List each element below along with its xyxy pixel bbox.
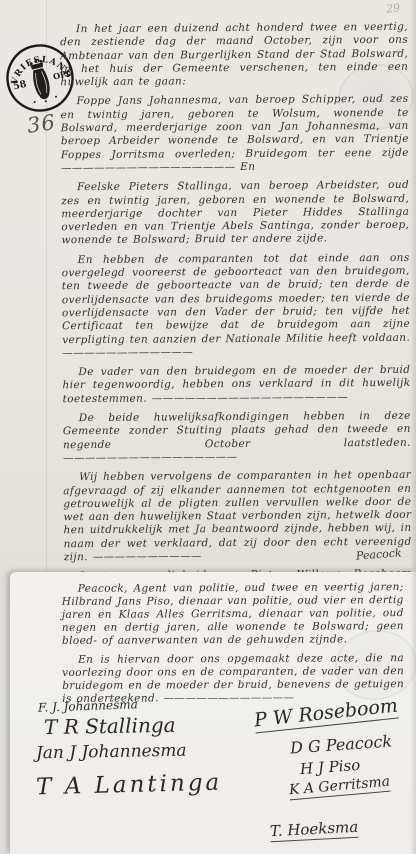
act-margin-number: 36 [25, 110, 57, 138]
bottom-page-sheet: Peacock, Agent van politie, oud twee en … [10, 572, 416, 854]
signature-t-hoeksma: T. Hoeksma [269, 818, 358, 843]
paragraph-banns: De beide huwelijksafkondigingen hebben i… [63, 410, 411, 466]
signature-tr-stallinga: T R Stallinga [44, 713, 176, 739]
act-text-column-continued: Peacock, Agent van politie, oud twee en … [62, 581, 405, 712]
signature-hj-piso: H J Piso [299, 756, 360, 778]
signature-ta-lantinga: T A Lantinga [36, 770, 223, 801]
paragraph-bride: Feelske Pieters Stallinga, van beroep Ar… [61, 179, 409, 248]
paragraph-groom: Foppe Jans Johannesma, van beroep Schipp… [60, 93, 409, 175]
paragraph-witnesses-continued: Peacock, Agent van politie, oud twee en … [62, 581, 404, 648]
page-number: 29 [385, 1, 400, 15]
signature-dg-peacock: D G Peacock [289, 731, 392, 757]
top-page-sheet: 29 VRIESLAND. 58 OPC [0, 0, 416, 574]
signature-fj-johannesma: F. J. Johannesma [38, 697, 138, 714]
paragraph-opening: In het jaar een duizend acht honderd twe… [60, 21, 408, 90]
paragraph-consent: De vader van den bruidegom en de moeder … [62, 364, 410, 406]
signature-jan-johannesma: Jan J Johannesma [36, 741, 187, 764]
document-scan: 29 VRIESLAND. 58 OPC [0, 0, 416, 854]
paragraph-documents: En hebben de comparanten tot dat einde a… [62, 252, 411, 361]
stamp-left-value: 58 [12, 79, 28, 93]
act-text-column: In het jaar een duizend acht honderd twe… [60, 21, 412, 603]
